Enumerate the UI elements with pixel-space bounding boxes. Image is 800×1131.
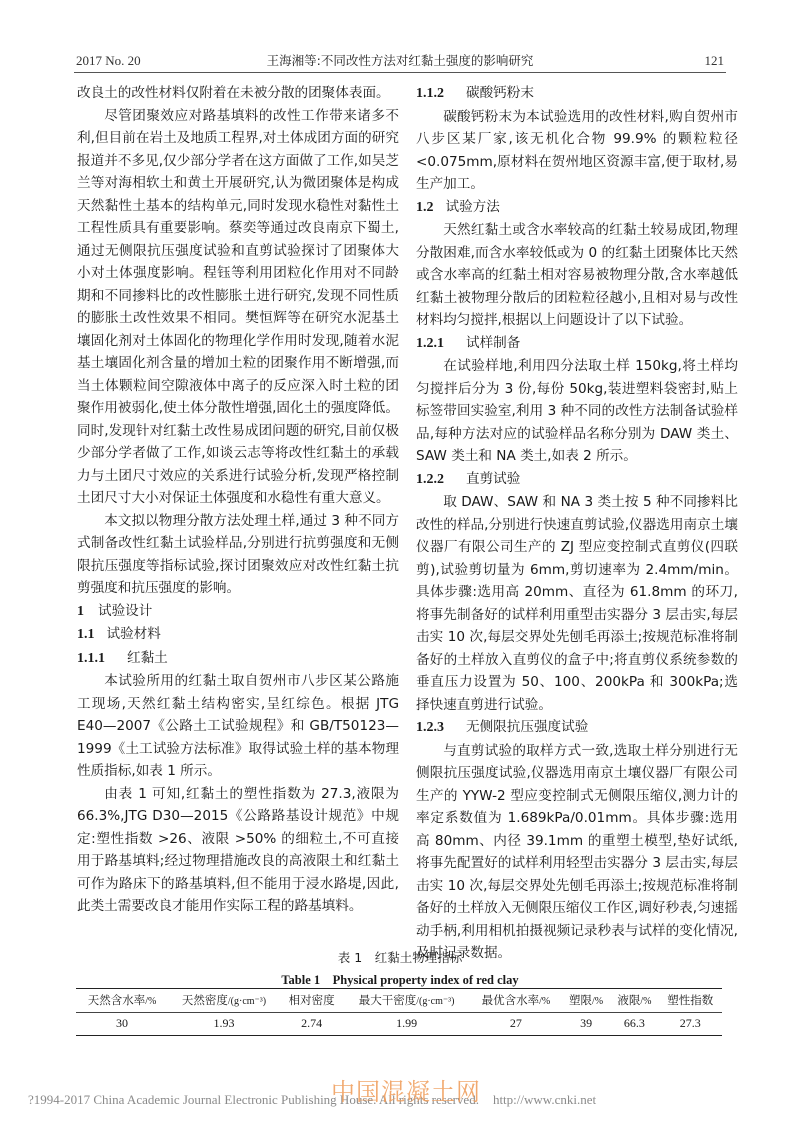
section-title: 红黏土 bbox=[127, 650, 168, 666]
table-cell: 2.74 bbox=[280, 1013, 343, 1036]
column-header: 塑限/% bbox=[562, 989, 610, 1013]
section-heading-1-1-2: 1.1.2碳酸钙粉末 bbox=[416, 82, 738, 106]
section-title: 碳酸钙粉末 bbox=[466, 85, 534, 101]
paragraph: 尽管团聚效应对路基填料的改性工作带来诸多不利,但目前在岩土及地质工程界,对土体成… bbox=[77, 105, 399, 510]
paragraph: 改良土的改性材料仅附着在未被分散的团聚体表面。 bbox=[77, 82, 399, 105]
paragraph: 本试验所用的红黏土取自贺州市八步区某公路施工现场,天然红黏土结构密实,呈红综色。… bbox=[77, 670, 399, 783]
table-cell: 30 bbox=[76, 1013, 168, 1036]
running-title: 王海湘等:不同改性方法对红黏土强度的影响研究 bbox=[74, 51, 726, 69]
copyright-footer: ?1994-2017 China Academic Journal Electr… bbox=[28, 1092, 596, 1108]
section-number: 1.2.1 bbox=[416, 333, 444, 356]
paragraph: 天然红黏土或含水率较高的红黏土较易成团,物理分散困难,而含水率较低或为 0 的红… bbox=[416, 219, 738, 332]
section-number: 1 bbox=[77, 601, 84, 624]
paragraph: 与直剪试验的取样方式一致,选取土样分别进行无侧限抗压强度试验,仪器选用南京土壤仪… bbox=[416, 740, 738, 965]
cnki-link[interactable]: http://www.cnki.net bbox=[493, 1092, 596, 1107]
section-title: 试验设计 bbox=[98, 603, 152, 619]
column-header: 天然含水率/% bbox=[76, 989, 168, 1013]
table-header-row: 天然含水率/% 天然密度/(g·cm⁻³) 相对密度 最大干密度/(g·cm⁻³… bbox=[76, 989, 722, 1013]
section-heading-1-2-2: 1.2.2直剪试验 bbox=[416, 468, 738, 492]
table-cell: 1.99 bbox=[343, 1013, 470, 1036]
left-column: 改良土的改性材料仅附着在未被分散的团聚体表面。 尽管团聚效应对路基填料的改性工作… bbox=[77, 82, 399, 918]
paragraph: 取 DAW、SAW 和 NA 3 类土按 5 种不同掺料比改性的样品,分别进行快… bbox=[416, 491, 738, 716]
site-watermark: 中国混凝土网 bbox=[331, 1072, 481, 1107]
column-header: 塑性指数 bbox=[659, 989, 722, 1013]
section-number: 1.2 bbox=[416, 197, 434, 220]
table-cell: 39 bbox=[562, 1013, 610, 1036]
section-title: 试验材料 bbox=[107, 626, 161, 642]
paragraph: 碳酸钙粉末为本试验选用的改性材料,购自贺州市八步区某厂家,该无机化合物 99.9… bbox=[416, 106, 738, 196]
section-number: 1.1 bbox=[77, 624, 95, 647]
table-caption-cn: 表 1 红黏土物理指标 bbox=[0, 948, 800, 966]
page-number: 121 bbox=[705, 53, 725, 69]
section-heading-1-1-1: 1.1.1红黏土 bbox=[77, 647, 399, 671]
section-heading-1-2-3: 1.2.3无侧限抗压强度试验 bbox=[416, 716, 738, 740]
table-cell: 66.3 bbox=[610, 1013, 658, 1036]
section-number: 1.2.2 bbox=[416, 469, 444, 492]
paragraph: 本文拟以物理分散方法处理土样,通过 3 种不同方式制备改性红黏土试验样品,分别进… bbox=[77, 510, 399, 600]
column-header: 天然密度/(g·cm⁻³) bbox=[168, 989, 280, 1013]
section-heading-1: 1试验设计 bbox=[77, 600, 399, 624]
column-header: 最大干密度/(g·cm⁻³) bbox=[343, 989, 470, 1013]
table-row: 30 1.93 2.74 1.99 27 39 66.3 27.3 bbox=[76, 1013, 722, 1036]
table-caption-en: Table 1 Physical property index of red c… bbox=[0, 970, 800, 988]
section-number: 1.2.3 bbox=[416, 717, 444, 740]
table-cell: 1.93 bbox=[168, 1013, 280, 1036]
section-heading-1-2: 1.2试验方法 bbox=[416, 196, 738, 220]
paragraph: 由表 1 可知,红黏土的塑性指数为 27.3,液限为 66.3%,JTG D30… bbox=[77, 783, 399, 918]
section-title: 试样制备 bbox=[466, 335, 520, 351]
section-number: 1.1.1 bbox=[77, 648, 105, 671]
running-header: 2017 No. 20 王海湘等:不同改性方法对红黏土强度的影响研究 121 bbox=[74, 50, 726, 73]
table-cell: 27 bbox=[470, 1013, 562, 1036]
section-title: 试验方法 bbox=[446, 199, 500, 215]
section-heading-1-1: 1.1试验材料 bbox=[77, 623, 399, 647]
physical-property-table: 天然含水率/% 天然密度/(g·cm⁻³) 相对密度 最大干密度/(g·cm⁻³… bbox=[76, 988, 722, 1036]
section-title: 无侧限抗压强度试验 bbox=[466, 719, 588, 735]
section-heading-1-2-1: 1.2.1试样制备 bbox=[416, 332, 738, 356]
section-title: 直剪试验 bbox=[466, 471, 520, 487]
paragraph: 在试验样地,利用四分法取土样 150kg,将土样均匀搅拌后分为 3 份,每份 5… bbox=[416, 355, 738, 468]
column-header: 液限/% bbox=[610, 989, 658, 1013]
column-header: 相对密度 bbox=[280, 989, 343, 1013]
right-column: 1.1.2碳酸钙粉末 碳酸钙粉末为本试验选用的改性材料,购自贺州市八步区某厂家,… bbox=[416, 82, 738, 965]
section-number: 1.1.2 bbox=[416, 83, 444, 106]
table-cell: 27.3 bbox=[659, 1013, 722, 1036]
column-header: 最优含水率/% bbox=[470, 989, 562, 1013]
